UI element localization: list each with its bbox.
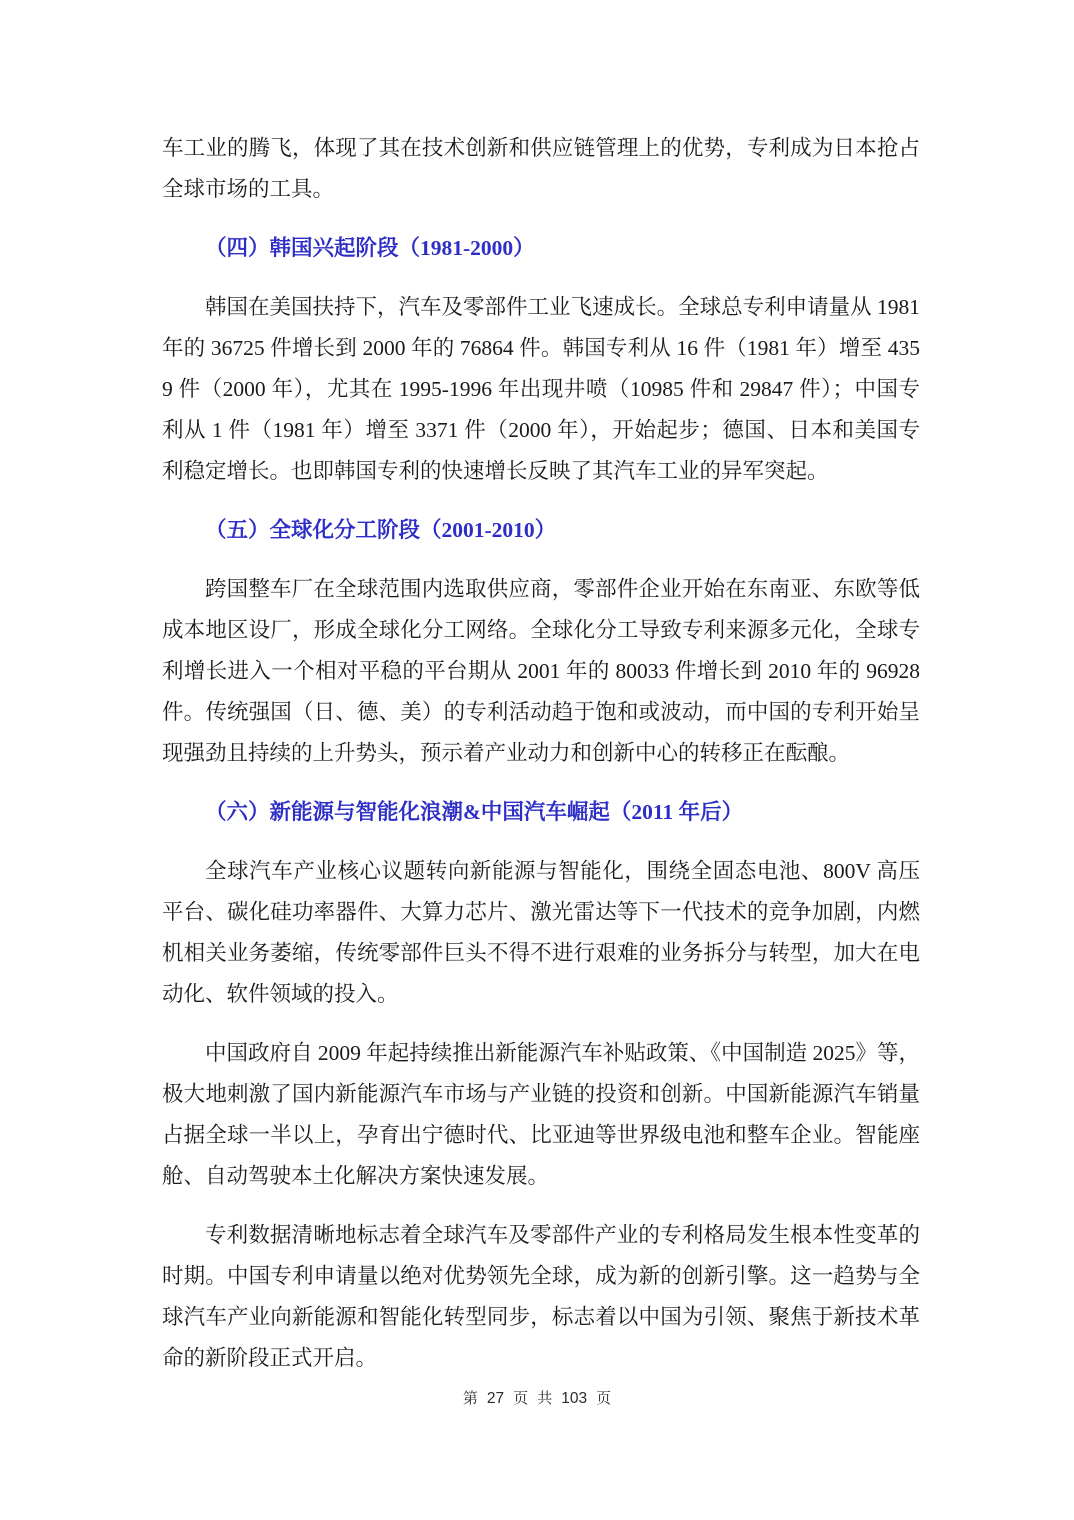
footer-label-page: 页 (513, 1388, 528, 1410)
body-paragraph: 专利数据清晰地标志着全球汽车及零部件产业的专利格局发生根本性变革的时期。中国专利… (162, 1215, 920, 1379)
section-heading-4: （四）韩国兴起阶段（1981-2000） (162, 228, 920, 269)
body-paragraph: 跨国整车厂在全球范围内选取供应商，零部件企业开始在东南亚、东欧等低成本地区设厂，… (162, 569, 920, 774)
section-heading-5: （五）全球化分工阶段（2001-2010） (162, 510, 920, 551)
page-footer: 第 27 页 共 103 页 (0, 1388, 1074, 1410)
footer-label-page-total: 页 (596, 1388, 611, 1410)
section-heading-6: （六）新能源与智能化浪潮&中国汽车崛起（2011 年后） (162, 792, 920, 833)
footer-label-of: 共 (537, 1388, 552, 1410)
body-paragraph: 韩国在美国扶持下，汽车及零部件工业飞速成长。全球总专利申请量从 1981 年的 … (162, 287, 920, 492)
body-paragraph: 全球汽车产业核心议题转向新能源与智能化，围绕全固态电池、800V 高压平台、碳化… (162, 851, 920, 1015)
footer-page-number: 27 (487, 1388, 504, 1410)
footer-total-pages: 103 (561, 1388, 587, 1410)
document-page: 车工业的腾飞，体现了其在技术创新和供应链管理上的优势，专利成为日本抢占全球市场的… (0, 0, 1074, 1520)
body-paragraph: 中国政府自 2009 年起持续推出新能源汽车补贴政策、《中国制造 2025》等，… (162, 1033, 920, 1197)
footer-label-di: 第 (463, 1388, 478, 1410)
body-paragraph: 车工业的腾飞，体现了其在技术创新和供应链管理上的优势，专利成为日本抢占全球市场的… (162, 128, 920, 210)
